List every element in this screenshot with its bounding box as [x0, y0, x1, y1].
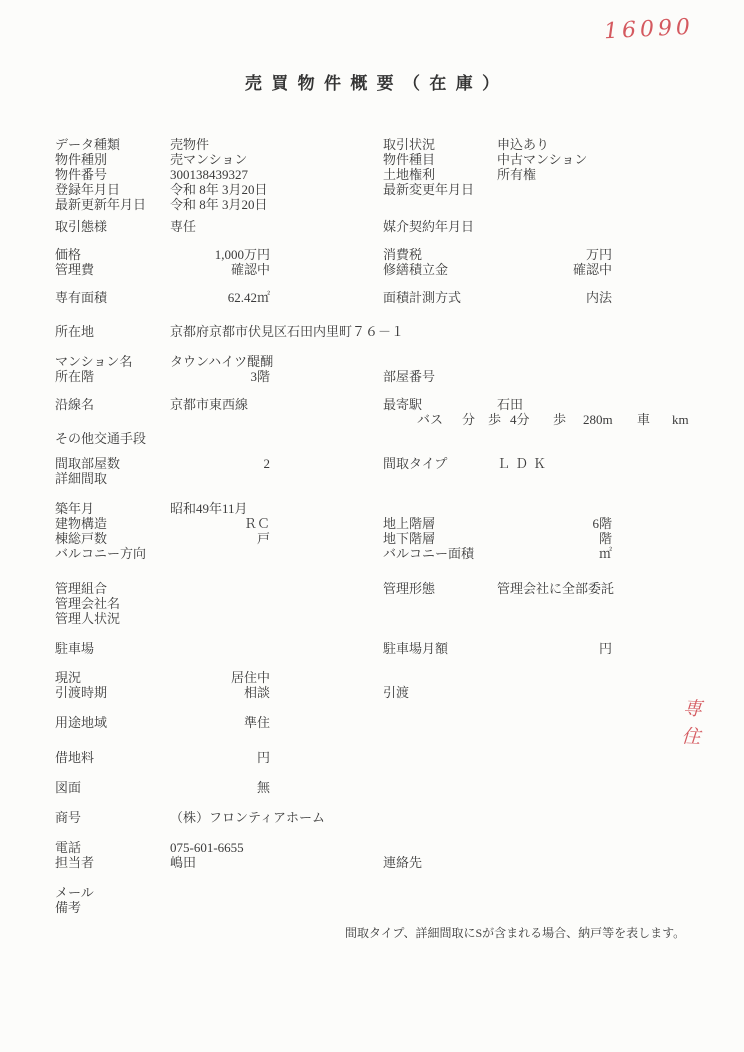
row-room-count: 間取部屋数 2 間取タイプ ＬＤＫ [55, 456, 715, 472]
handover-timing-value: 相談 [168, 685, 270, 700]
transaction-status-label: 取引状況 [383, 137, 435, 152]
rail-line-value: 京都市東西線 [170, 397, 248, 412]
nearest-station-value: 石田 [497, 397, 523, 412]
row-management-company: 管理会社名 [55, 596, 715, 612]
contact-label: 連絡先 [383, 855, 422, 870]
handwritten-note: 専住 [681, 698, 699, 755]
location-value: 京都府京都市伏見区石田内里町７６－１ [170, 324, 404, 339]
property-number-label: 物件番号 [55, 167, 107, 182]
brokerage-contract-date-label: 媒介契約年月日 [383, 219, 474, 234]
row-remarks: 備考 [55, 900, 715, 916]
last-change-date-label: 最新変更年月日 [383, 182, 474, 197]
row-building-name: マンション名 タウンハイツ醍醐 [55, 354, 715, 370]
row-transaction-type: 取引態様 専任 媒介契約年月日 [55, 219, 715, 235]
exclusive-area-label: 専有面積 [55, 290, 107, 305]
rail-line-label: 沿線名 [55, 397, 94, 412]
layout-detail-label: 詳細間取 [55, 471, 107, 486]
price-value: 1,000万円 [168, 247, 270, 262]
management-form-value: 管理会社に全部委託 [497, 581, 614, 596]
row-data-type: データ種類 売物件 取引状況 申込あり [55, 137, 715, 153]
property-type-label: 物件種目 [383, 152, 435, 167]
contact-person-value: 嶋田 [170, 855, 196, 870]
phone-label: 電話 [55, 840, 81, 855]
row-phone: 電話 075-601-6655 [55, 840, 715, 856]
floor-located-label: 所在階 [55, 369, 94, 384]
price-label: 価格 [55, 247, 81, 262]
current-status-label: 現況 [55, 670, 81, 685]
layout-type-label: 間取タイプ [383, 456, 447, 471]
row-built-date: 築年月 昭和49年11月 [55, 501, 715, 517]
row-exclusive-area: 専有面積 62.42㎡ 面積計測方式 内法 [55, 290, 715, 306]
row-price: 価格 1,000万円 消費税 万円 [55, 247, 715, 263]
bus-label: バス [417, 412, 443, 427]
land-rights-value: 所有権 [497, 167, 536, 182]
walk-distance-label: 歩 [553, 412, 566, 427]
phone-value: 075-601-6655 [170, 840, 244, 855]
built-date-label: 築年月 [55, 501, 94, 516]
parking-monthly-value: 円 [495, 641, 612, 656]
location-label: 所在地 [55, 324, 94, 339]
transaction-type-value: 専任 [170, 219, 196, 234]
repair-reserve-value: 確認中 [495, 262, 612, 277]
row-contact-person: 担当者 嶋田 連絡先 [55, 855, 715, 871]
building-name-value: タウンハイツ醍醐 [170, 354, 273, 369]
row-land-lease-fee: 借地料 円 [55, 750, 715, 766]
balcony-direction-label: バルコニー方向 [55, 546, 146, 561]
balcony-area-label: バルコニー面積 [383, 546, 474, 561]
row-structure: 建物構造 ＲＣ 地上階層 6階 [55, 516, 715, 532]
area-measurement-label: 面積計測方式 [383, 290, 461, 305]
land-rights-label: 土地権利 [383, 167, 435, 182]
row-email: メール [55, 885, 715, 901]
parking-label: 駐車場 [55, 641, 94, 656]
transaction-status-value: 申込あり [497, 137, 549, 152]
row-property-number: 物件番号 300138439327 土地権利 所有権 [55, 167, 715, 183]
room-count-label: 間取部屋数 [55, 456, 120, 471]
built-date-value: 昭和49年11月 [170, 501, 248, 516]
transaction-type-label: 取引態様 [55, 219, 107, 234]
walk-label: 歩 [488, 412, 501, 427]
row-other-transport: その他交通手段 [55, 431, 715, 447]
management-assoc-label: 管理組合 [55, 581, 107, 596]
layout-type-value: ＬＤＫ [497, 456, 551, 471]
row-manager-status: 管理人状況 [55, 611, 715, 627]
exclusive-area-value: 62.42㎡ [168, 290, 270, 305]
consumption-tax-label: 消費税 [383, 247, 422, 262]
page-title: 売買物件概要（在庫） [0, 76, 744, 91]
row-floor-located: 所在階 3階 部屋番号 [55, 369, 715, 385]
structure-label: 建物構造 [55, 516, 107, 531]
zoning-value: 準住 [168, 715, 270, 730]
walk-distance-value: 280m [583, 412, 613, 427]
data-type-label: データ種類 [55, 137, 120, 152]
property-category-label: 物件種別 [55, 152, 107, 167]
bus-minutes-unit: 分 [462, 412, 475, 427]
management-fee-value: 確認中 [168, 262, 270, 277]
registration-date-label: 登録年月日 [55, 182, 120, 197]
parking-monthly-label: 駐車場月額 [383, 641, 448, 656]
remarks-label: 備考 [55, 900, 81, 915]
row-station-access: バス 分 歩 4分 歩 280m 車 km [55, 412, 715, 428]
last-update-date-value: 令和 8年 3月20日 [170, 197, 268, 212]
current-status-value: 居住中 [168, 670, 270, 685]
zoning-label: 用途地域 [55, 715, 107, 730]
property-number-value: 300138439327 [170, 167, 248, 182]
nearest-station-label: 最寄駅 [383, 397, 422, 412]
drawing-label: 図面 [55, 780, 81, 795]
last-update-date-label: 最新更新年月日 [55, 197, 146, 212]
management-company-label: 管理会社名 [55, 596, 120, 611]
data-type-value: 売物件 [170, 137, 209, 152]
management-form-label: 管理形態 [383, 581, 435, 596]
contact-person-label: 担当者 [55, 855, 94, 870]
total-units-value: 戸 [168, 531, 270, 546]
row-last-update-date: 最新更新年月日 令和 8年 3月20日 [55, 197, 715, 213]
room-number-label: 部屋番号 [383, 369, 435, 384]
row-drawing: 図面 無 [55, 780, 715, 796]
car-km-unit: km [672, 412, 689, 427]
floors-below-label: 地下階層 [383, 531, 435, 546]
company-name-value: （株）フロンティアホーム [170, 810, 325, 825]
registration-date-value: 令和 8年 3月20日 [170, 182, 268, 197]
property-summary-sheet: 16090 売買物件概要（在庫） データ種類 売物件 取引状況 申込あり 物件種… [0, 0, 744, 1052]
row-zoning: 用途地域 準住 [55, 715, 715, 731]
area-measurement-value: 内法 [495, 290, 612, 305]
floors-above-value: 6階 [495, 516, 612, 531]
floors-below-value: 階 [495, 531, 612, 546]
drawing-value: 無 [168, 780, 270, 795]
manager-status-label: 管理人状況 [55, 611, 120, 626]
repair-reserve-label: 修繕積立金 [383, 262, 448, 277]
car-label: 車 [637, 412, 650, 427]
building-name-label: マンション名 [55, 354, 132, 369]
handover-label: 引渡 [383, 685, 409, 700]
email-label: メール [55, 885, 94, 900]
floors-above-label: 地上階層 [383, 516, 435, 531]
row-total-units: 棟総戸数 戸 地下階層 階 [55, 531, 715, 547]
row-property-category: 物件種別 売マンション 物件種目 中古マンション [55, 152, 715, 168]
land-lease-fee-value: 円 [168, 750, 270, 765]
management-fee-label: 管理費 [55, 262, 94, 277]
row-parking: 駐車場 駐車場月額 円 [55, 641, 715, 657]
row-rail-line: 沿線名 京都市東西線 最寄駅 石田 [55, 397, 715, 413]
handover-timing-label: 引渡時期 [55, 685, 107, 700]
row-management-fee: 管理費 確認中 修繕積立金 確認中 [55, 262, 715, 278]
row-company-name: 商号 （株）フロンティアホーム [55, 810, 715, 826]
row-registration-date: 登録年月日 令和 8年 3月20日 最新変更年月日 [55, 182, 715, 198]
property-type-value: 中古マンション [497, 152, 587, 167]
room-count-value: 2 [168, 456, 270, 471]
land-lease-fee-label: 借地料 [55, 750, 94, 765]
row-handover-timing: 引渡時期 相談 引渡 [55, 685, 715, 701]
row-balcony: バルコニー方向 バルコニー面積 ㎡ [55, 546, 715, 562]
structure-value: ＲＣ [168, 516, 270, 531]
property-category-value: 売マンション [170, 152, 247, 167]
total-units-label: 棟総戸数 [55, 531, 107, 546]
handwritten-number: 16090 [604, 20, 695, 40]
balcony-area-value: ㎡ [495, 546, 612, 561]
consumption-tax-value: 万円 [495, 247, 612, 262]
company-name-label: 商号 [55, 810, 81, 825]
row-current-status: 現況 居住中 [55, 670, 715, 686]
other-transport-label: その他交通手段 [55, 431, 146, 446]
walk-minutes-value: 4分 [510, 412, 530, 427]
footer-note: 間取タイプ、詳細間取にSが含まれる場合、納戸等を表します。 [345, 926, 685, 941]
row-layout-detail: 詳細間取 [55, 471, 715, 487]
row-location: 所在地 京都府京都市伏見区石田内里町７６－１ [55, 324, 715, 340]
row-management-assoc: 管理組合 管理形態 管理会社に全部委託 [55, 581, 715, 597]
floor-located-value: 3階 [168, 369, 270, 384]
